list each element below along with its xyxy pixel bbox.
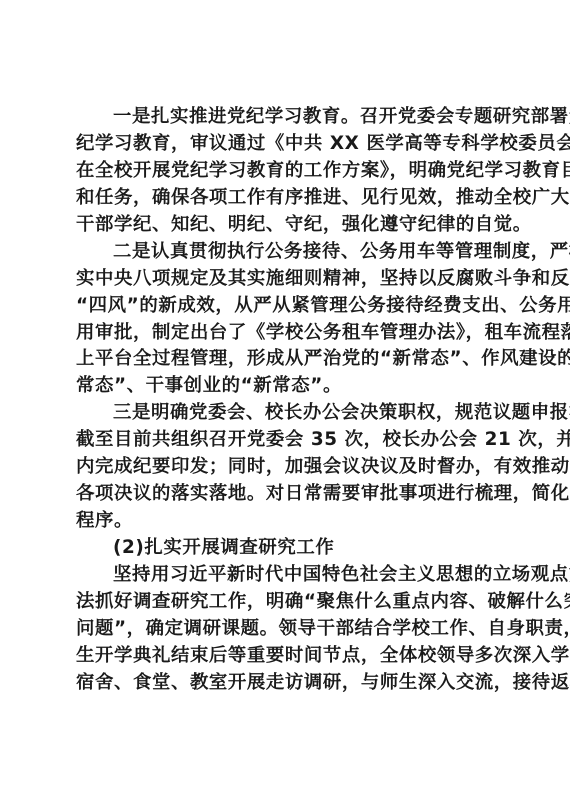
text-line: 生开学典礼结束后等重要时间节点，全体校领导多次深入学生	[76, 643, 506, 670]
text-line: 问题”，确定调研课题。领导干部结合学校工作、自身职责，在新	[76, 616, 506, 643]
text-line: 用审批，制定出台了《学校公务租车管理办法》，租车流程落实线	[76, 320, 506, 347]
text-line: 内完成纪要印发；同时，加强会议决议及时督办，有效推动会议	[76, 454, 506, 481]
section-heading: (2)扎实开展调查研究工作	[76, 535, 506, 562]
paragraph-research-work: 坚持用习近平新时代中国特色社会主义思想的立场观点方 法抓好调查研究工作，明确“聚…	[76, 562, 506, 697]
text-line: 一是扎实推进党纪学习教育。召开党委会专题研究部署党	[76, 104, 506, 131]
text-line: 和任务，确保各项工作有序推进、见行见效，推动全校广大党员、	[76, 185, 506, 212]
section-heading-research-work: (2)扎实开展调查研究工作	[76, 535, 506, 562]
document-page: 一是扎实推进党纪学习教育。召开党委会专题研究部署党 纪学习教育，审议通过《中共 …	[76, 104, 506, 697]
text-line: “四风”的新成效，从严从紧管理公务接待经费支出、公务用车使	[76, 293, 506, 320]
text-line: 常态”、干事创业的“新常态”。	[76, 373, 506, 400]
text-line: 坚持用习近平新时代中国特色社会主义思想的立场观点方	[76, 562, 506, 589]
paragraph-official-reception-rules: 二是认真贯彻执行公务接待、公务用车等管理制度，严格落 实中央八项规定及其实施细则…	[76, 239, 506, 401]
text-line: 二是认真贯彻执行公务接待、公务用车等管理制度，严格落	[76, 239, 506, 266]
text-line: 三是明确党委会、校长办公会决策职权，规范议题申报流程，	[76, 400, 506, 427]
text-line: 纪学习教育，审议通过《中共 XX 医学高等专科学校委员会关于	[76, 131, 506, 158]
text-line: 实中央八项规定及其实施细则精神，坚持以反腐败斗争和反对	[76, 266, 506, 293]
text-line: 程序。	[76, 508, 506, 535]
text-line: 干部学纪、知纪、明纪、守纪，强化遵守纪律的自觉。	[76, 212, 506, 239]
paragraph-discipline-education: 一是扎实推进党纪学习教育。召开党委会专题研究部署党 纪学习教育，审议通过《中共 …	[76, 104, 506, 239]
paragraph-decision-making-authority: 三是明确党委会、校长办公会决策职权，规范议题申报流程， 截至目前共组织召开党委会…	[76, 400, 506, 535]
text-line: 宿舍、食堂、教室开展走访调研，与师生深入交流，接待返校校	[76, 670, 506, 697]
text-line: 在全校开展党纪学习教育的工作方案》，明确党纪学习教育目标	[76, 158, 506, 185]
text-line: 各项决议的落实落地。对日常需要审批事项进行梳理，简化审批	[76, 481, 506, 508]
text-line: 上平台全过程管理，形成从严治党的“新常态”、作风建设的“新	[76, 346, 506, 373]
text-line: 法抓好调查研究工作，明确“聚焦什么重点内容、破解什么突出	[76, 589, 506, 616]
text-line: 截至目前共组织召开党委会 35 次，校长办公会 21 次，并在 3 日	[76, 427, 506, 454]
